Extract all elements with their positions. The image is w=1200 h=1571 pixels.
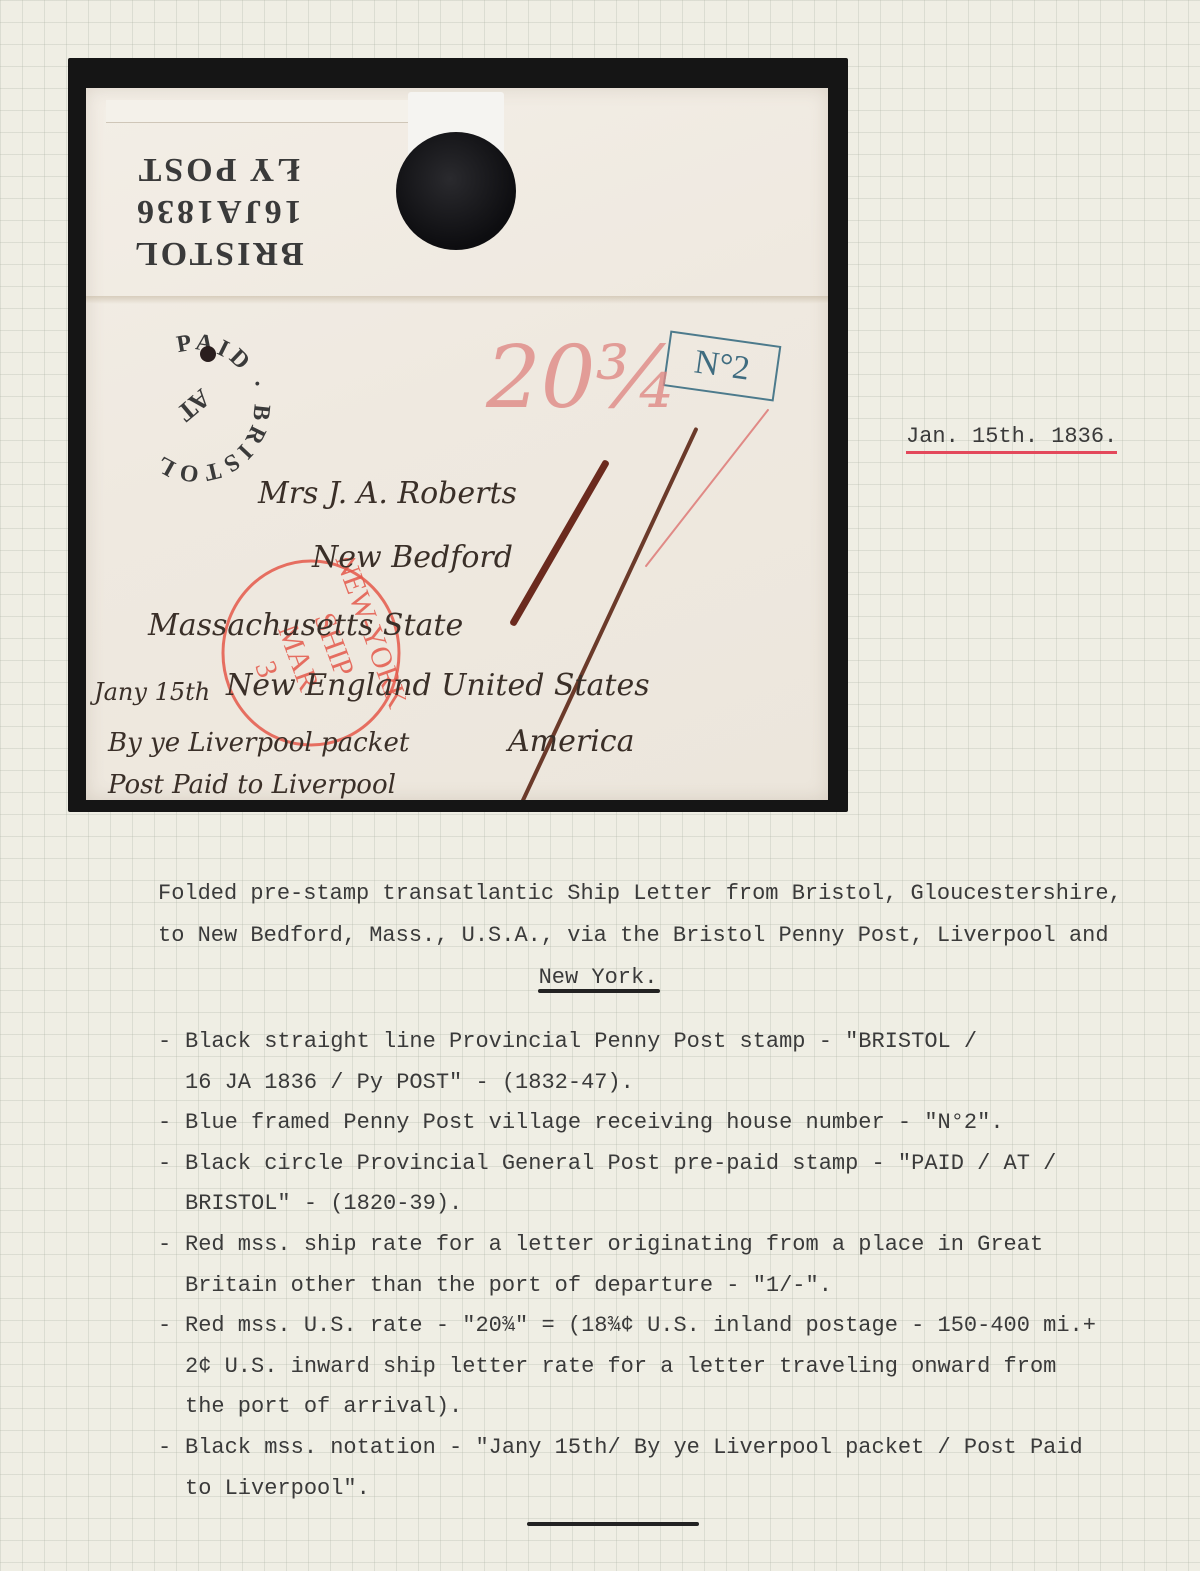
notation-line-2: By ye Liverpool packet bbox=[108, 728, 409, 758]
bullet-dash: - bbox=[158, 1428, 171, 1469]
note-text: Blue framed Penny Post village receiving… bbox=[185, 1103, 1158, 1144]
cover-mount-frame: BRISTOL 16JA1836 ŁY POST PAID · BRISTOL … bbox=[68, 58, 848, 812]
note-item: - Red mss. U.S. rate - "20¾" = (18¾¢ U.S… bbox=[158, 1306, 1158, 1428]
paid-at-bristol-stamp: PAID · BRISTOL AT bbox=[116, 328, 276, 488]
postal-markings-notes: - Black straight line Provincial Penny P… bbox=[158, 1022, 1158, 1509]
summary-line-2: to New Bedford, Mass., U.S.A., via the B… bbox=[158, 915, 1158, 957]
bullet-dash: - bbox=[158, 1022, 171, 1063]
note-item: - Blue framed Penny Post village receivi… bbox=[158, 1103, 1158, 1144]
note-text: Black mss. notation - "Jany 15th/ By ye … bbox=[185, 1428, 1158, 1469]
note-text-cont: 2¢ U.S. inward ship letter rate for a le… bbox=[185, 1347, 1158, 1388]
note-item: - Red mss. ship rate for a letter origin… bbox=[158, 1225, 1158, 1306]
note-item: - Black straight line Provincial Penny P… bbox=[158, 1022, 1158, 1103]
fold-crease bbox=[86, 296, 828, 304]
bristol-penny-post-stamp: BRISTOL 16JA1836 ŁY POST bbox=[132, 148, 304, 274]
svg-text:AT: AT bbox=[171, 383, 216, 427]
receiving-house-no2-stamp: N°2 bbox=[663, 330, 782, 401]
address-line-3: Massachusetts State bbox=[148, 608, 463, 643]
note-text-cont: BRISTOL" - (1820-39). bbox=[185, 1184, 1158, 1225]
note-item: - Black mss. notation - "Jany 15th/ By y… bbox=[158, 1428, 1158, 1509]
paid-circle-icon: PAID · BRISTOL AT bbox=[116, 328, 276, 488]
note-text-cont: Britain other than the port of departure… bbox=[185, 1266, 1158, 1307]
notation-line-3: Post Paid to Liverpool bbox=[108, 770, 396, 800]
summary-underline bbox=[538, 989, 660, 993]
inner-flap-edge bbox=[106, 100, 452, 123]
ship-rate-stroke bbox=[509, 459, 610, 627]
exhibit-summary: Folded pre-stamp transatlantic Ship Lett… bbox=[158, 873, 1158, 999]
folded-letter-cover: BRISTOL 16JA1836 ŁY POST PAID · BRISTOL … bbox=[86, 88, 828, 800]
address-line-1: Mrs J. A. Roberts bbox=[258, 476, 517, 511]
note-text: Red mss. ship rate for a letter originat… bbox=[185, 1225, 1158, 1266]
note-text: Black straight line Provincial Penny Pos… bbox=[185, 1022, 1158, 1063]
red-rate-stroke bbox=[645, 409, 770, 568]
address-line-2: New Bedford bbox=[312, 540, 513, 575]
cover-date-label: Jan. 15th. 1836. bbox=[906, 424, 1117, 454]
end-divider bbox=[527, 1522, 699, 1526]
bullet-dash: - bbox=[158, 1225, 171, 1266]
address-line-4: New England United States bbox=[226, 668, 650, 703]
note-text-cont: to Liverpool". bbox=[185, 1469, 1158, 1510]
notation-line-1: Jany 15th bbox=[94, 678, 210, 706]
note-text: Red mss. U.S. rate - "20¾" = (18¾¢ U.S. … bbox=[185, 1306, 1158, 1347]
us-rate-manuscript: 20¾ bbox=[486, 328, 679, 428]
pp-stamp-line: BRISTOL bbox=[132, 232, 304, 274]
black-wax-seal bbox=[396, 132, 516, 250]
bullet-dash: - bbox=[158, 1306, 171, 1347]
address-line-5: America bbox=[508, 724, 635, 759]
note-text: Black circle Provincial General Post pre… bbox=[185, 1144, 1158, 1185]
new-york-ship-stamp: NEW-YORK SHIP MAR 3 bbox=[216, 558, 406, 748]
bullet-dash: - bbox=[158, 1144, 171, 1185]
note-item: - Black circle Provincial General Post p… bbox=[158, 1144, 1158, 1225]
pp-stamp-line: ŁY POST bbox=[132, 148, 304, 190]
pp-stamp-line: 16JA1836 bbox=[132, 190, 304, 232]
summary-line-1: Folded pre-stamp transatlantic Ship Lett… bbox=[158, 873, 1158, 915]
note-text-cont: the port of arrival). bbox=[185, 1387, 1158, 1428]
note-text-cont: 16 JA 1836 / Py POST" - (1832-47). bbox=[185, 1063, 1158, 1104]
bullet-dash: - bbox=[158, 1103, 171, 1144]
